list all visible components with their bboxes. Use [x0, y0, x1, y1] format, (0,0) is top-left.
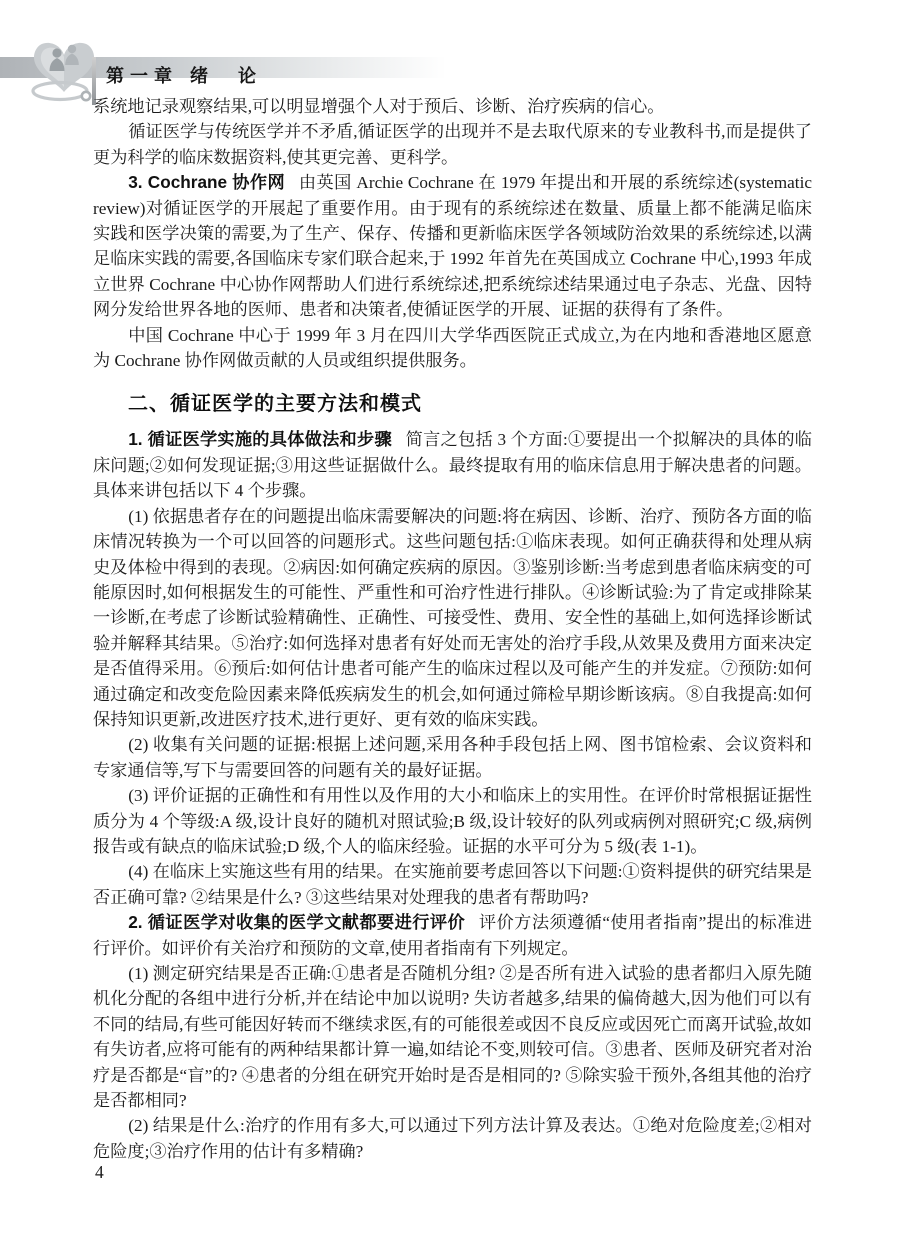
- paragraph: (1) 依据患者存在的问题提出临床需要解决的问题:将在病因、诊断、治疗、预防各方…: [93, 504, 812, 733]
- paragraph: (2) 收集有关问题的证据:根据上述问题,采用各种手段包括上网、图书馆检索、会议…: [93, 732, 812, 783]
- paragraph: (3) 评价证据的正确性和有用性以及作用的大小和临床上的实用性。在评价时常根据证…: [93, 783, 812, 859]
- chapter-label: 第一章: [106, 66, 178, 86]
- paragraph: 3. Cochrane 协作网由英国 Archie Cochrane 在 197…: [93, 170, 812, 322]
- chapter-heading: 第一章绪论: [106, 62, 286, 88]
- paragraph: (4) 在临床上实施这些有用的结果。在实施前要考虑回答以下问题:①资料提供的研究…: [93, 859, 812, 910]
- paragraph: 2. 循证医学对收集的医学文献都要进行评价评价方法须遵循“使用者指南”提出的标准…: [93, 910, 812, 961]
- paragraph-lead: 2. 循证医学对收集的医学文献都要进行评价: [128, 912, 465, 932]
- paragraph-lead: 1. 循证医学实施的具体做法和步骤: [128, 429, 392, 449]
- paragraph: (2) 结果是什么:治疗的作用有多大,可以通过下列方法计算及表达。①绝对危险度差…: [93, 1113, 812, 1164]
- paragraph: 1. 循证医学实施的具体做法和步骤简言之包括 3 个方面:①要提出一个拟解决的具…: [93, 427, 812, 503]
- content-blocks: 系统地记录观察结果,可以明显增强个人对于预后、诊断、治疗疾病的信心。循证医学与传…: [93, 94, 812, 1164]
- chapter-title: 绪论: [190, 66, 286, 86]
- heart-figures-stethoscope-logo-icon: [26, 34, 102, 104]
- page-number: 4: [95, 1162, 104, 1183]
- paragraph: 系统地记录观察结果,可以明显增强个人对于预后、诊断、治疗疾病的信心。: [93, 94, 812, 119]
- paragraph: 中国 Cochrane 中心于 1999 年 3 月在四川大学华西医院正式成立,…: [93, 323, 812, 374]
- section-heading: 二、循证医学的主要方法和模式: [93, 387, 812, 416]
- paragraph: (1) 测定研究结果是否正确:①患者是否随机分组? ②是否所有进入试验的患者都归…: [93, 961, 812, 1113]
- paragraph: 循证医学与传统医学并不矛盾,循证医学的出现并不是去取代原来的专业教科书,而是提供…: [93, 119, 812, 170]
- paragraph-lead: 3. Cochrane 协作网: [128, 172, 285, 192]
- book-page: 第一章绪论 系统地记录观察结果,可以明显增强个人对于预后、诊断、治疗疾病的信心。…: [0, 0, 900, 1234]
